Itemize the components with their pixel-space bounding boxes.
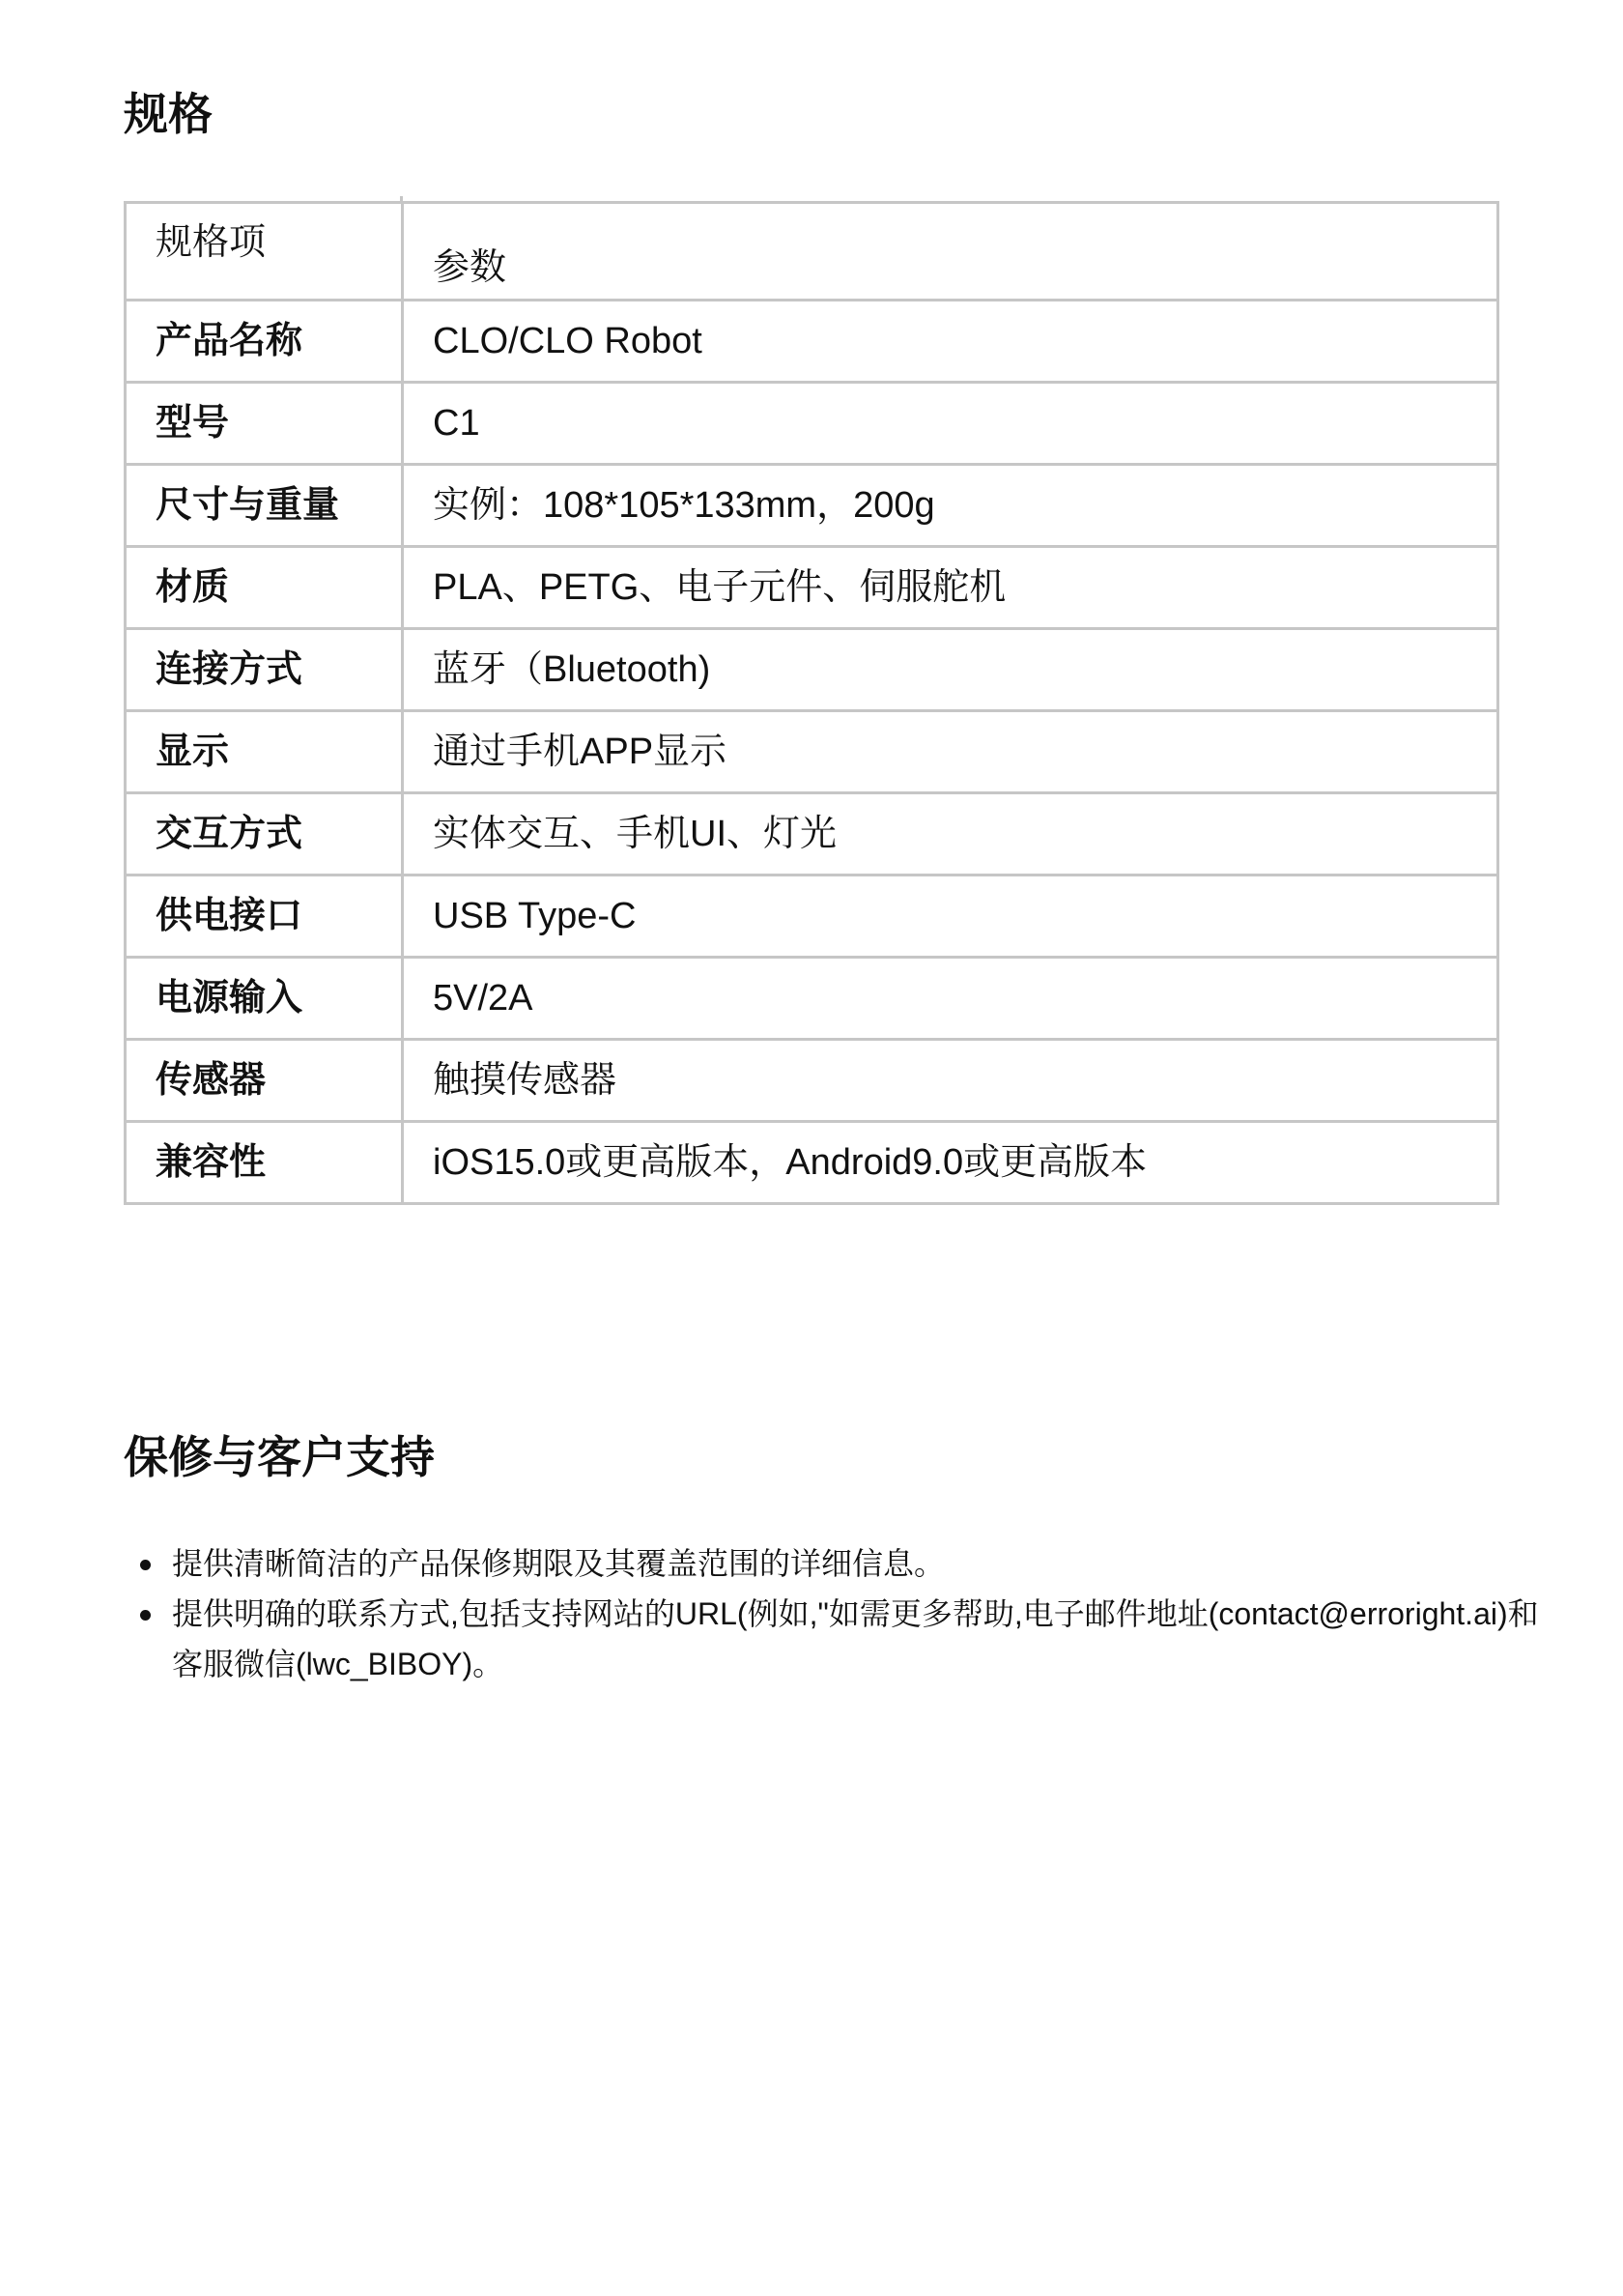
table-row: 显示 通过手机APP显示 xyxy=(126,711,1498,793)
spec-key: 显示 xyxy=(126,711,403,793)
spec-value: 触摸传感器 xyxy=(403,1040,1498,1122)
table-row: 连接方式 蓝牙（Bluetooth) xyxy=(126,629,1498,711)
spec-value: iOS15.0或更高版本，Android9.0或更高版本 xyxy=(403,1122,1498,1204)
spec-key: 尺寸与重量 xyxy=(126,465,403,547)
header-cell-key: 规格项 xyxy=(126,203,403,301)
table-row: 供电接口 USB Type-C xyxy=(126,875,1498,958)
spec-table: 规格项 参数 产品名称 CLO/CLO Robot 型号 C1 尺寸与重量 实例… xyxy=(124,201,1499,1205)
list-item-text: 提供明确的联系方式,包括支持网站的URL(例如,"如需更多帮助,电子邮件地址(c… xyxy=(172,1596,1539,1681)
spec-value: 实体交互、手机UI、灯光 xyxy=(403,793,1498,875)
spec-key: 传感器 xyxy=(126,1040,403,1122)
spec-key: 电源输入 xyxy=(126,958,403,1040)
spec-value: PLA、PETG、电子元件、伺服舵机 xyxy=(403,547,1498,629)
spec-key: 供电接口 xyxy=(126,875,403,958)
support-list: 提供清晰简洁的产品保修期限及其覆盖范围的详细信息。 提供明确的联系方式,包括支持… xyxy=(124,1538,1553,1689)
spec-value: 蓝牙（Bluetooth) xyxy=(403,629,1498,711)
list-item: 提供明确的联系方式,包括支持网站的URL(例如,"如需更多帮助,电子邮件地址(c… xyxy=(124,1589,1553,1689)
spec-key: 材质 xyxy=(126,547,403,629)
spec-value: 实例：108*105*133mm，200g xyxy=(403,465,1498,547)
spec-value: 通过手机APP显示 xyxy=(403,711,1498,793)
support-heading: 保修与客户支持 xyxy=(124,1428,435,1486)
table-row: 产品名称 CLO/CLO Robot xyxy=(126,301,1498,383)
list-item-text: 提供清晰简洁的产品保修期限及其覆盖范围的详细信息。 xyxy=(172,1546,945,1581)
spec-value: CLO/CLO Robot xyxy=(403,301,1498,383)
table-row: 型号 C1 xyxy=(126,383,1498,465)
spec-key: 交互方式 xyxy=(126,793,403,875)
list-item: 提供清晰简洁的产品保修期限及其覆盖范围的详细信息。 xyxy=(124,1538,1553,1589)
spec-key: 兼容性 xyxy=(126,1122,403,1204)
bullet-icon xyxy=(140,1610,151,1621)
spec-key: 连接方式 xyxy=(126,629,403,711)
bullet-icon xyxy=(140,1560,151,1570)
table-row: 尺寸与重量 实例：108*105*133mm，200g xyxy=(126,465,1498,547)
table-row: 兼容性 iOS15.0或更高版本，Android9.0或更高版本 xyxy=(126,1122,1498,1204)
table-row: 电源输入 5V/2A xyxy=(126,958,1498,1040)
table-row: 交互方式 实体交互、手机UI、灯光 xyxy=(126,793,1498,875)
table-row: 传感器 触摸传感器 xyxy=(126,1040,1498,1122)
specs-heading: 规格 xyxy=(124,85,213,143)
spec-value: C1 xyxy=(403,383,1498,465)
table-header-row: 规格项 参数 xyxy=(126,203,1498,301)
table-row: 材质 PLA、PETG、电子元件、伺服舵机 xyxy=(126,547,1498,629)
spec-key: 型号 xyxy=(126,383,403,465)
spec-value: USB Type-C xyxy=(403,875,1498,958)
header-cell-value: 参数 xyxy=(403,203,1498,301)
spec-key: 产品名称 xyxy=(126,301,403,383)
spec-value: 5V/2A xyxy=(403,958,1498,1040)
